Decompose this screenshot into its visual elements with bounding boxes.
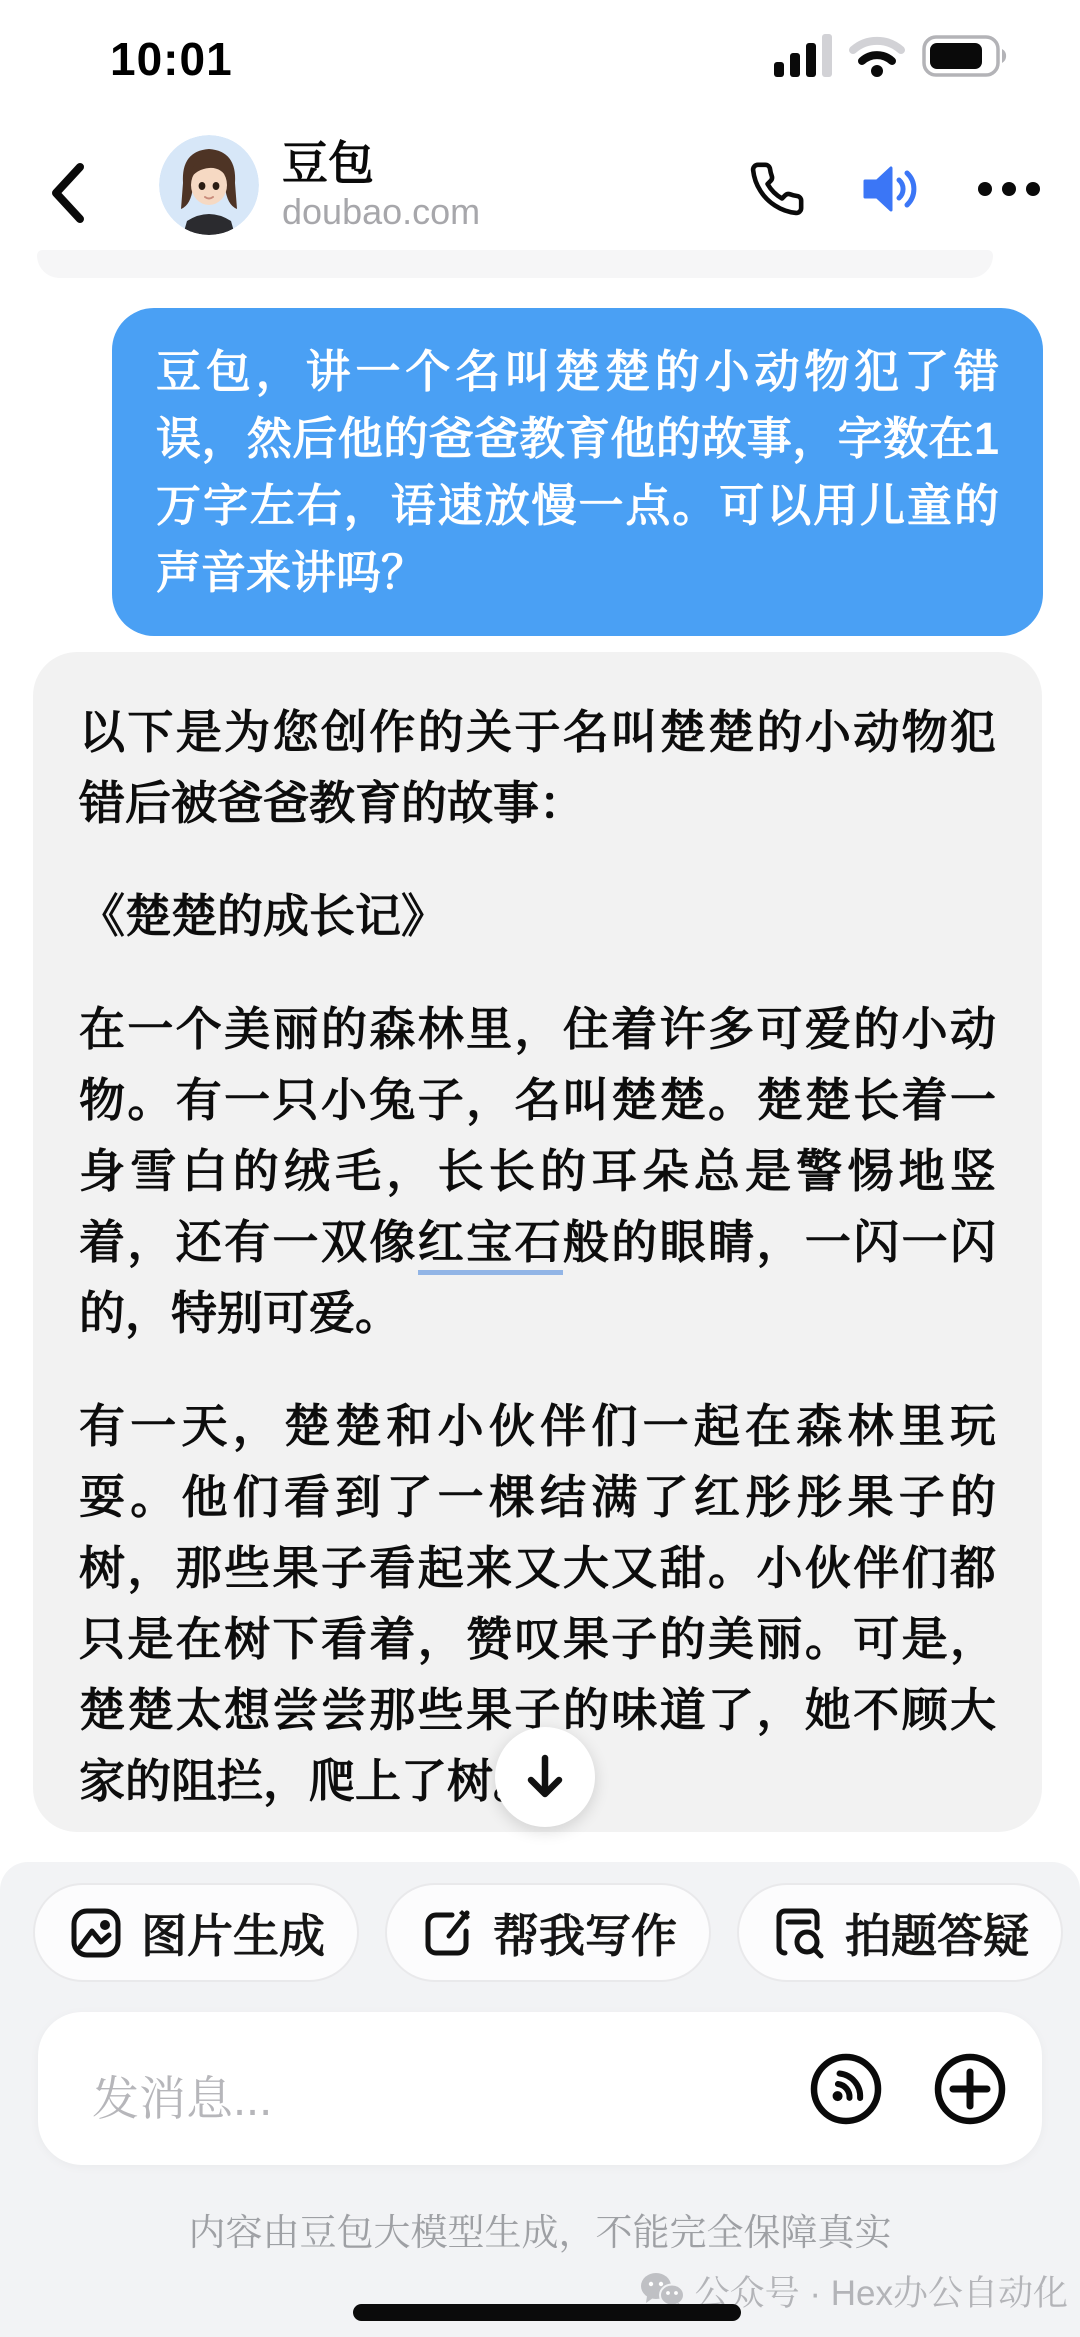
scroll-to-bottom-button[interactable] [495, 1727, 595, 1827]
message-input-placeholder[interactable]: 发消息... [92, 2062, 272, 2129]
previous-message-bubble-partial [37, 250, 993, 278]
chip-label: 图片生成 [141, 1900, 325, 1966]
quick-action-chips: 图片生成 帮我写作 [33, 1883, 1080, 1982]
chevron-left-icon [51, 162, 85, 224]
battery-icon [922, 35, 1008, 77]
arrow-down-icon [523, 1752, 567, 1802]
assistant-message-bubble: 以下是为您创作的关于名叫楚楚的小动物犯错后被爸爸教育的故事： 《楚楚的成长记》 … [33, 652, 1042, 1832]
ai-disclaimer: 内容由豆包大模型生成，不能完全保障真实 [0, 2202, 1080, 2256]
doc-search-icon [771, 1904, 829, 1962]
assistant-intro: 以下是为您创作的关于名叫楚楚的小动物犯错后被爸爸教育的故事： [79, 697, 996, 839]
chat-header: 豆包 doubao.com [0, 130, 1080, 250]
highlighted-term[interactable]: 红宝石 [418, 1216, 563, 1275]
image-icon [67, 1904, 125, 1962]
back-button[interactable] [42, 158, 94, 228]
phone-call-icon[interactable] [748, 160, 806, 218]
user-message-bubble: 豆包，讲一个名叫楚楚的小动物犯了错误，然后他的爸爸教育他的故事，字数在1万字左右… [112, 308, 1043, 636]
chip-help-me-write[interactable]: 帮我写作 [385, 1883, 711, 1982]
bottom-panel: 图片生成 帮我写作 [0, 1862, 1080, 2337]
user-message-text: 豆包，讲一个名叫楚楚的小动物犯了错误，然后他的爸爸教育他的故事，字数在1万字左右… [156, 346, 999, 598]
status-bar: 10:01 [0, 24, 1080, 88]
speaker-icon[interactable] [860, 162, 922, 216]
chip-label: 帮我写作 [493, 1900, 677, 1966]
voice-input-icon[interactable] [810, 2053, 882, 2125]
chip-label: 拍题答疑 [845, 1900, 1029, 1966]
contact-name: 豆包 [282, 138, 480, 188]
add-attachment-icon[interactable] [934, 2053, 1006, 2125]
contact-subtitle: doubao.com [282, 190, 480, 234]
avatar[interactable] [159, 135, 259, 235]
status-icons [774, 34, 1008, 78]
assistant-story-title: 《楚楚的成长记》 [79, 881, 996, 952]
cellular-signal-icon [774, 34, 832, 78]
header-actions [748, 160, 1042, 218]
assistant-paragraph-1: 在一个美丽的森林里，住着许多可爱的小动物。有一只小兔子，名叫楚楚。楚楚长着一身雪… [79, 994, 996, 1349]
doubao-chat-screen: 10:01 [0, 0, 1080, 2337]
edit-icon [419, 1904, 477, 1962]
watermark-text: 公众号 · Hex办公自动化 [695, 2266, 1068, 2316]
chip-photo-question[interactable]: 拍题答疑 [737, 1883, 1063, 1982]
status-time: 10:01 [110, 32, 233, 86]
chip-image-generation[interactable]: 图片生成 [33, 1883, 359, 1982]
home-indicator[interactable] [353, 2304, 741, 2321]
message-composer[interactable]: 发消息... [38, 2012, 1042, 2165]
wifi-icon [849, 35, 905, 77]
more-options-icon[interactable] [976, 180, 1042, 198]
header-texts: 豆包 doubao.com [282, 138, 480, 234]
